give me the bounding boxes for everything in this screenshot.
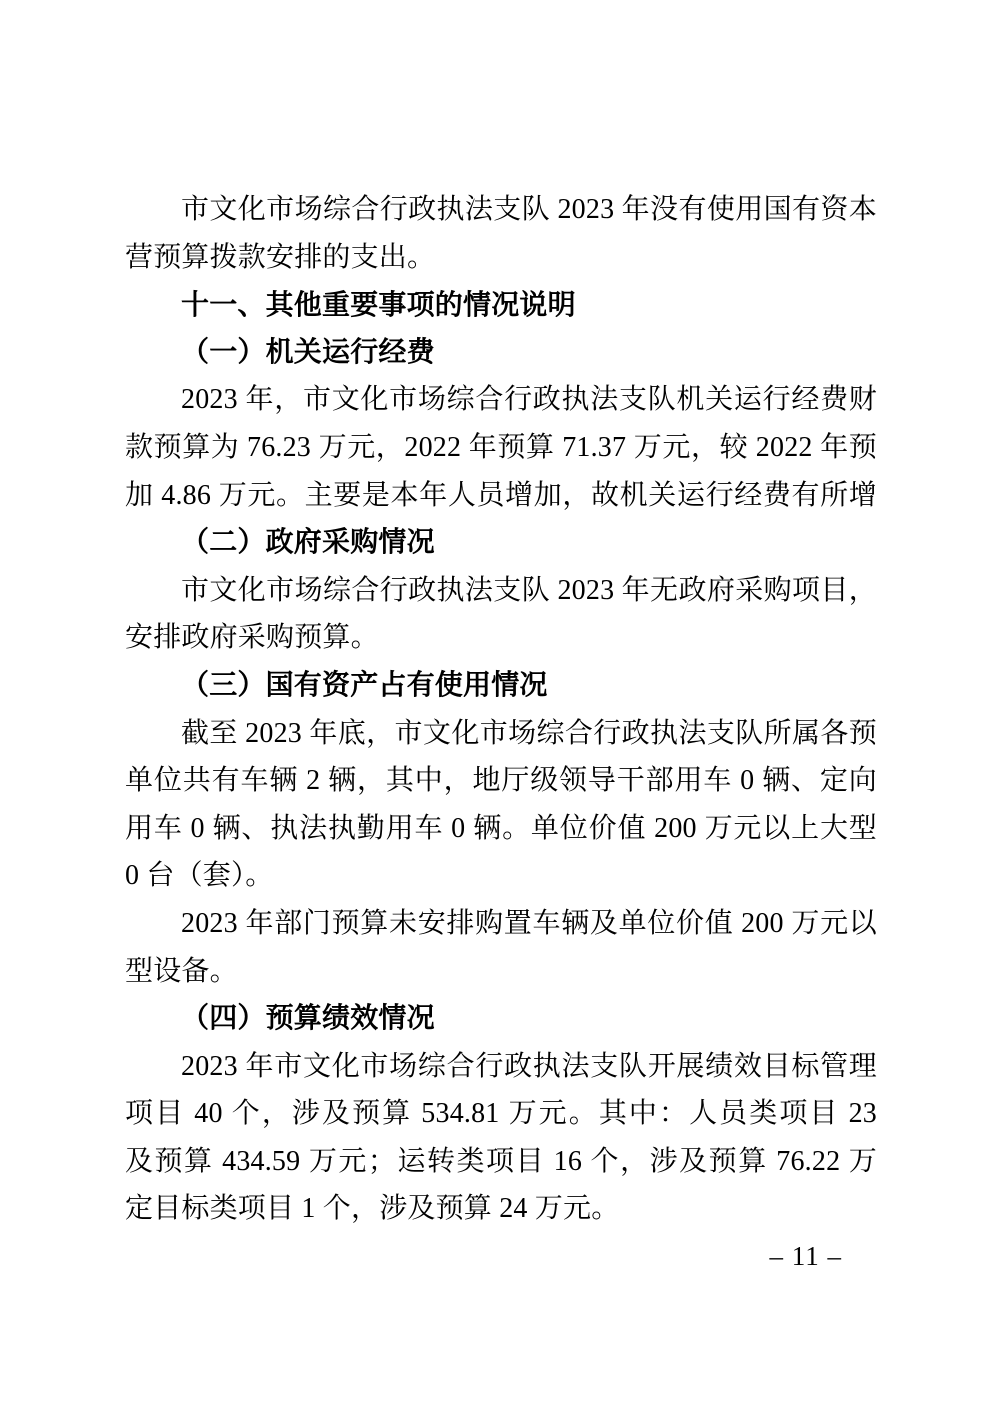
text-line: 安排政府采购预算。 (125, 614, 877, 662)
text-line: 用车 0 辆、执法执勤用车 0 辆。单位价值 200 万元以上大型设备 (125, 805, 877, 853)
text-line: 2023 年市文化市场综合行政执法支队开展绩效目标管理的 (125, 1043, 877, 1091)
text-line: 型设备。 (125, 948, 877, 996)
text-line: 项目 40 个，涉及预算 534.81 万元。其中：人员类项目 23 个，涉 (125, 1090, 877, 1138)
text-line: 定目标类项目 1 个，涉及预算 24 万元。 (125, 1185, 877, 1233)
document-blocks: 市文化市场综合行政执法支队 2023 年没有使用国有资本经营预算拨款安排的支出。… (125, 186, 877, 1233)
text-line: 营预算拨款安排的支出。 (125, 234, 877, 282)
text-line: 截至 2023 年底，市文化市场综合行政执法支队所属各预算 (125, 710, 877, 758)
text-line: 及预算 434.59 万元；运转类项目 16 个，涉及预算 76.22 万元；特 (125, 1138, 877, 1186)
text-line: 2023 年，市文化市场综合行政执法支队机关运行经费财政拨 (125, 376, 877, 424)
text-line: 市文化市场综合行政执法支队 2023 年无政府采购项目，未 (125, 567, 877, 615)
subsection-heading-4-budget-performance: （四）预算绩效情况 (125, 995, 877, 1043)
text-line: 单位共有车辆 2 辆，其中，地厅级领导干部用车 0 辆、定向保障 (125, 757, 877, 805)
subsection-heading-1-operating-funds: （一）机关运行经费 (125, 329, 877, 377)
page-number: – 11 – (770, 1233, 843, 1281)
text-line: 0 台（套）。 (125, 852, 877, 900)
text-line: 款预算为 76.23 万元，2022 年预算 71.37 万元，较 2022 年… (125, 424, 877, 472)
text-line: 市文化市场综合行政执法支队 2023 年没有使用国有资本经 (125, 186, 877, 234)
text-line: 加 4.86 万元。主要是本年人员增加，故机关运行经费有所增加。 (125, 472, 877, 520)
subsection-heading-2-government-procurement: （二）政府采购情况 (125, 519, 877, 567)
text-line: 2023 年部门预算未安排购置车辆及单位价值 200 万元以上大 (125, 900, 877, 948)
document-page: 市文化市场综合行政执法支队 2023 年没有使用国有资本经营预算拨款安排的支出。… (0, 0, 992, 1403)
section-heading-11-other-important-matters: 十一、其他重要事项的情况说明 (125, 281, 877, 329)
subsection-heading-3-state-assets: （三）国有资产占有使用情况 (125, 662, 877, 710)
